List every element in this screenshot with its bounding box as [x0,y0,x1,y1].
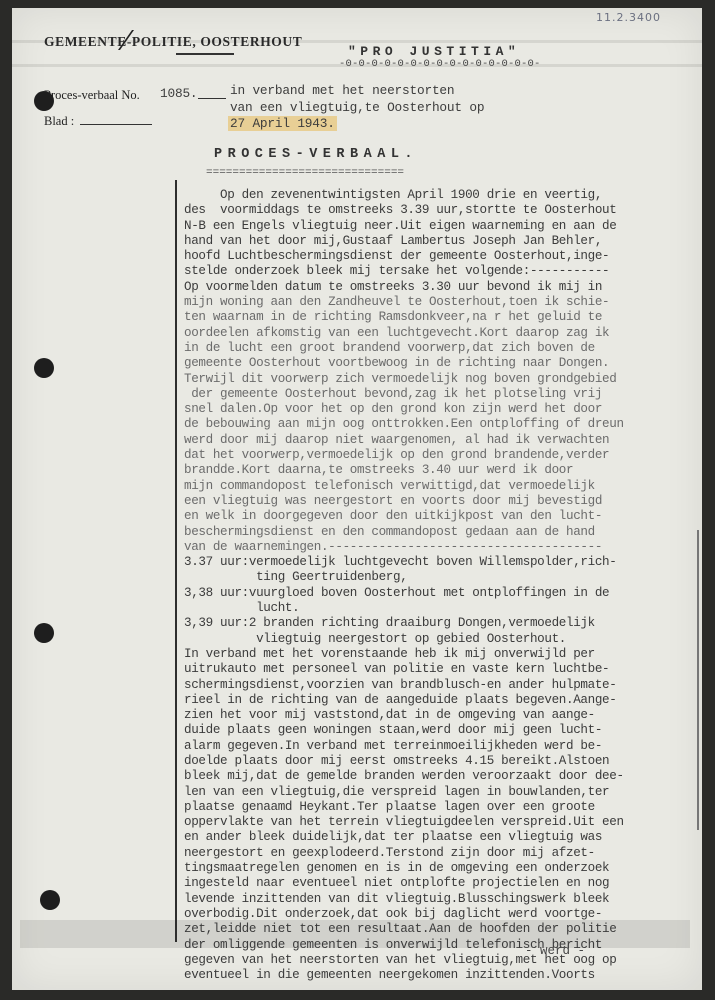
body-line: de bebouwing aan mijn oog onttrokken.Een… [184,417,694,432]
margin-rule [175,180,177,942]
body-line: ten waarnam in de richting Ramsdonkveer,… [184,310,694,325]
body-line: tingsmaatregelen genomen en is in de omg… [184,861,694,876]
date-highlight: 27 April 1943. [228,116,337,131]
body-line: 3,39 uur:2 branden richting draaiburg Do… [184,616,694,631]
punch-hole [34,358,54,378]
body-line: 3,38 uur:vuurgloed boven Oosterhout met … [184,586,694,601]
continuation-marker: - werd - [525,944,585,958]
body-line: levende inzittenden van dit vliegtuig.Bl… [184,892,694,907]
body-line: snel dalen.Op voor het op den grond kon … [184,402,694,417]
body-line: overbodig.Dit onderzoek,dat ook bij dagl… [184,907,694,922]
body-line: zet,leidde niet tot een resultaat.Aan de… [184,922,694,937]
title-underline [176,53,234,55]
body-line: lucht. [184,601,694,616]
body-line: duide plaats geen woningen staan,werd do… [184,723,694,738]
body-line: van de waarnemingen.--------------------… [184,540,694,555]
body-line: 3.37 uur:vermoedelijk luchtgevecht boven… [184,555,694,570]
right-border-rule [697,530,699,830]
body-line: neergestort en geexplodeerd.Terstond zij… [184,846,694,861]
body-line: eventueel in die gemeenten neergekomen i… [184,968,694,983]
subject-line-2: van een vliegtuig,te Oosterhout op [230,100,484,115]
body-line: zien het voor mij vaststond,dat in de om… [184,708,694,723]
body-line: des voormiddags te omstreeks 3.39 uur,st… [184,203,694,218]
punch-hole [34,91,54,111]
body-line: ingesteld naar eventueel niet ontplofte … [184,876,694,891]
body-line: en welk in doorgegeven door den uitkijkp… [184,509,694,524]
body-line: bleek mij,dat de gemelde branden werden … [184,769,694,784]
body-line: mijn woning aan den Zandheuvel te Ooster… [184,295,694,310]
title-double-underline: ============================== [206,167,404,179]
body-line: rieel in de richting van de aangeduide p… [184,693,694,708]
report-number: 1085. [160,86,197,101]
body-line: mijn commandopost telefonisch verwittigd… [184,479,694,494]
body-line: uitrukauto met personeel van politie en … [184,662,694,677]
report-number-line [198,98,226,99]
sheet-label: Blad : [44,114,74,129]
body-line: in de lucht een groot brandend voorwerp,… [184,341,694,356]
body-line: hand van het door mij,Gustaaf Lambertus … [184,234,694,249]
punch-hole [40,890,60,910]
archive-reference: 11.2.3400 [596,11,661,24]
body-line: gegeven van het neerstorten van het vlie… [184,953,694,968]
body-line: beschermingsdienst en den commandopost g… [184,525,694,540]
sheet-number-line [80,124,152,125]
body-line: In verband met het vorenstaande heb ik m… [184,647,694,662]
body-line: hoofd Luchtbeschermingsdienst der gemeen… [184,249,694,264]
document-title: PROCES-VERBAAL. [214,147,418,162]
punch-hole [34,623,54,643]
body-line: Terwijl dit voorwerp zich vermoedelijk n… [184,372,694,387]
subject-date: 27 April 1943. [228,116,337,131]
body-line: vliegtuig neergestort op gebied Oosterho… [184,632,694,647]
stamp-ornament: -0-0-0-0-0-0-0-0-0-0-0-0-0-0-0- [339,58,541,70]
body-line: Op den zevenentwintigsten April 1900 dri… [184,188,694,203]
body-line: gemeente Oosterhout voortbewoog in de ri… [184,356,694,371]
body-line: der gemeente Oosterhout bevond,zag ik he… [184,387,694,402]
body-line: een vliegtuig was neergestort en voorts … [184,494,694,509]
body-line: werd door mij daarop niet waargenomen, a… [184,433,694,448]
body-line: plaatse genaamd Heykant.Ter plaatse lage… [184,800,694,815]
body-line: alarm gegeven.In verband met terreinmoei… [184,739,694,754]
body-line: stelde onderzoek bleek mij tersake het v… [184,264,694,279]
subject-line-1: in verband met het neerstorten [230,83,454,98]
body-line: doelde plaats door mij eerst omstreeks 4… [184,754,694,769]
pro-justitia-stamp: "PRO JUSTITIA" [348,44,520,59]
report-body: Op den zevenentwintigsten April 1900 dri… [184,188,694,983]
body-line: oppervlakte van het terrein vliegtuigdee… [184,815,694,830]
body-line: N-B een Engels vliegtuig neer.Uit eigen … [184,219,694,234]
body-line: Op voormelden datum te omstreeks 3.30 uu… [184,280,694,295]
body-line: len van een vliegtuig,die verspreid lage… [184,785,694,800]
report-number-label: Proces-verbaal No. [44,88,140,103]
body-line: en ander bleek duidelijk,dat ter plaatse… [184,830,694,845]
body-line: der omliggende gemeenten is onverwijld t… [184,938,694,953]
body-line: dat het voorwerp,vermoedelijk op den gro… [184,448,694,463]
body-line: ting Geertruidenberg, [184,570,694,585]
body-line: oordeelen afkomstig van een luchtgevecht… [184,326,694,341]
organization-title: GEMEENTE-POLITIE, OOSTERHOUT [44,34,302,50]
body-line: brandde.Kort daarna,te omstreeks 3.40 uu… [184,463,694,478]
body-line: schermingsdienst,voorzien van brandblusc… [184,678,694,693]
